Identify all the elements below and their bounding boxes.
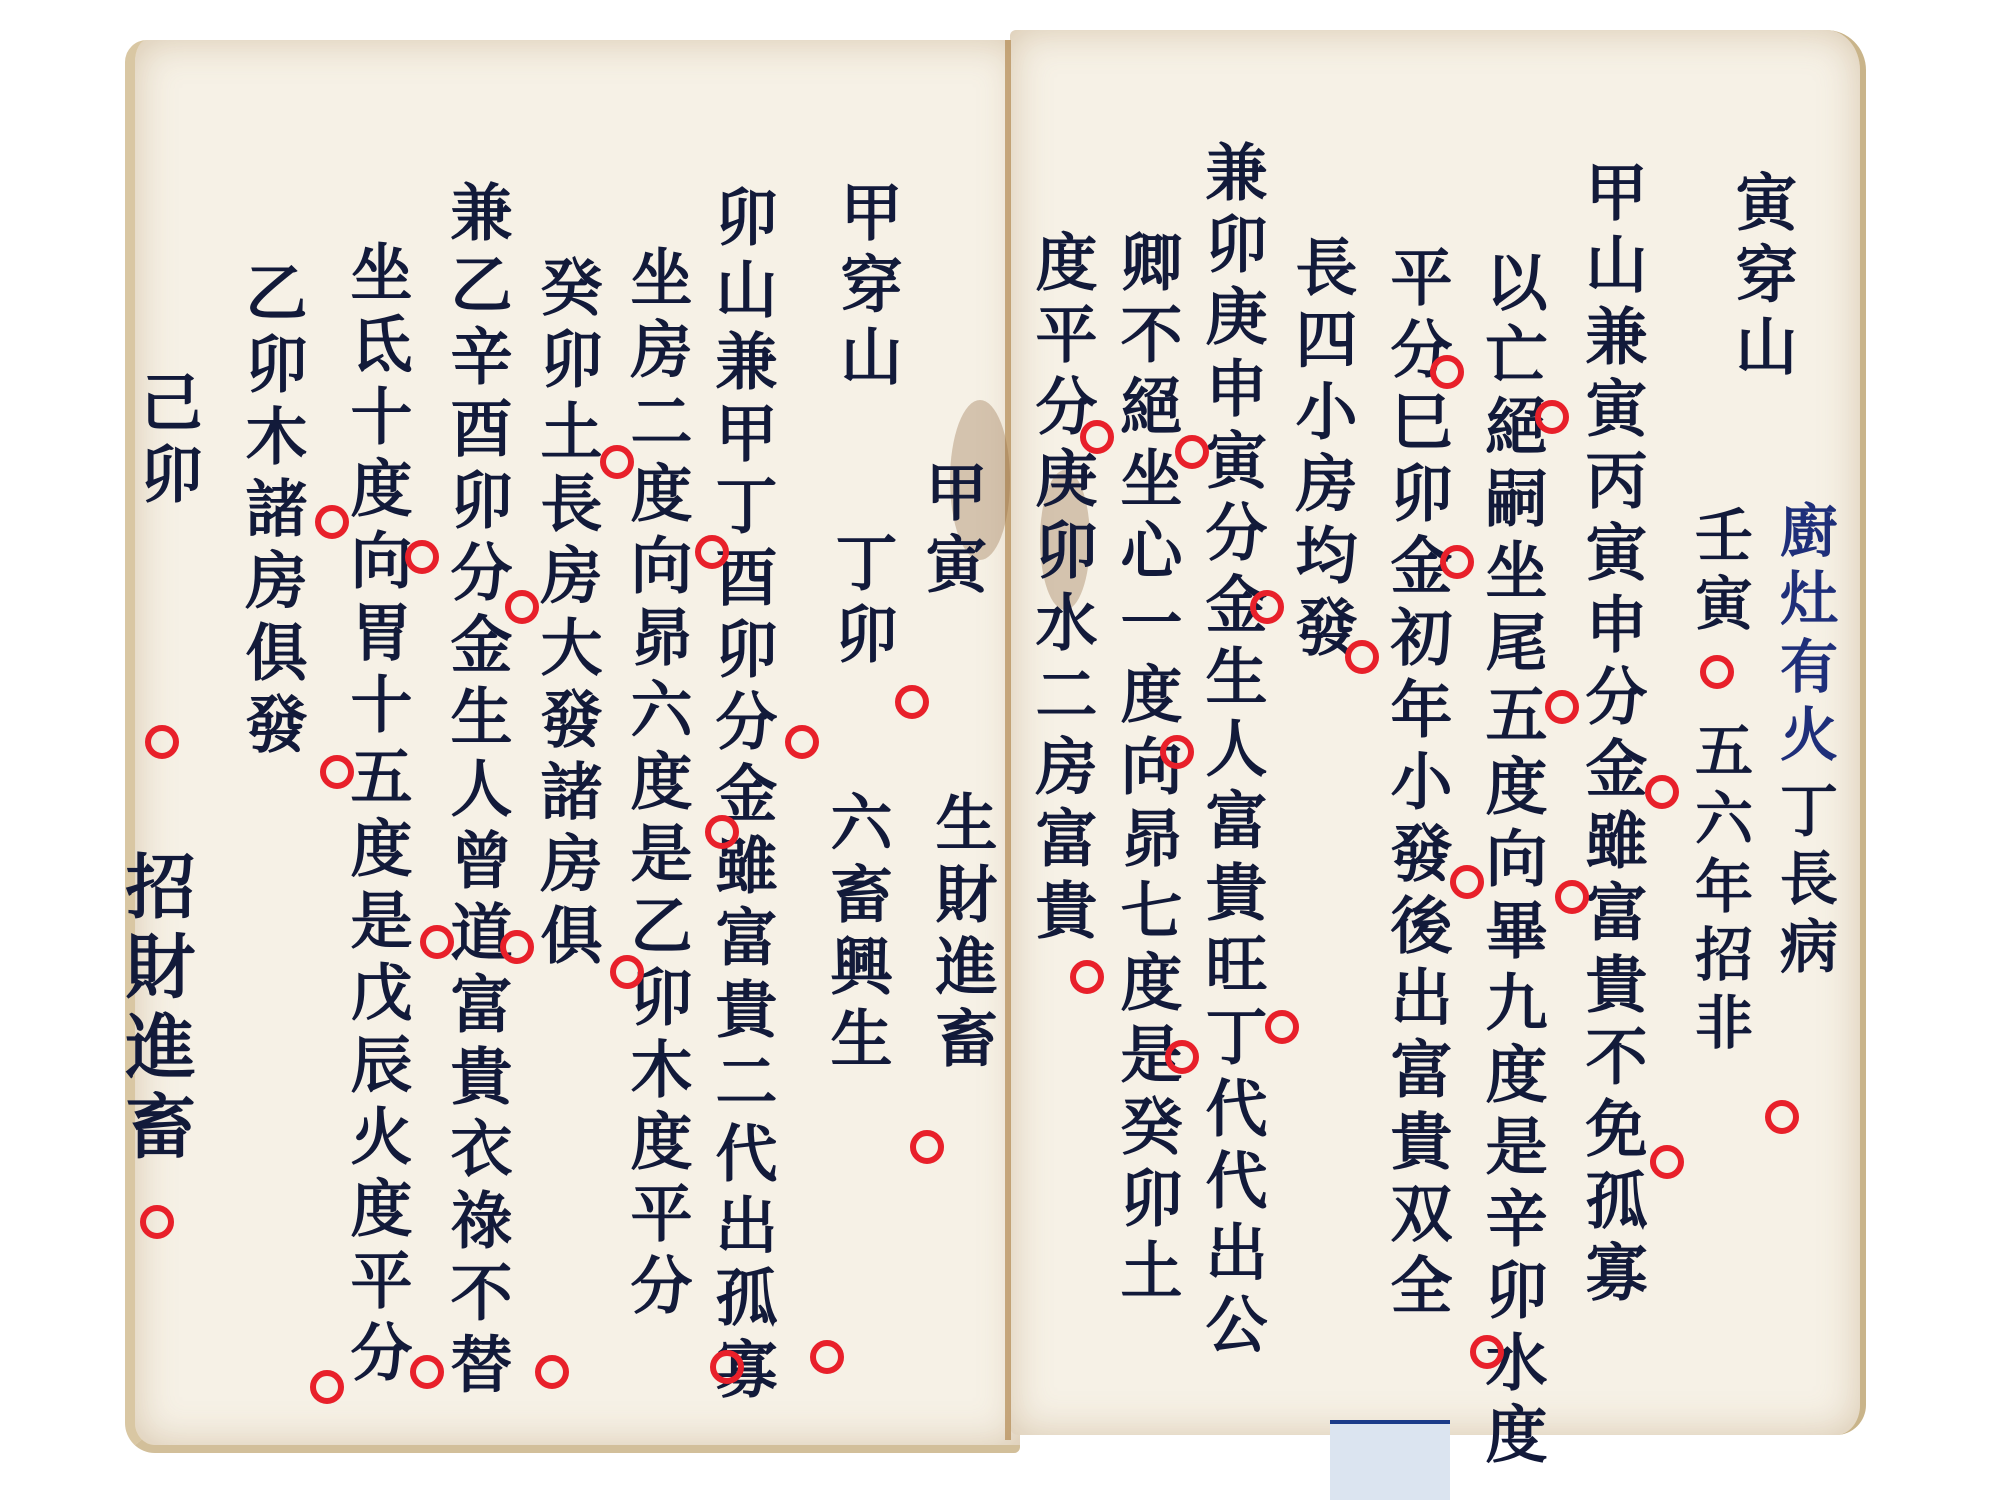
red-circle-mark	[1470, 1335, 1504, 1369]
red-circle-mark	[1700, 655, 1734, 689]
red-circle-mark	[1645, 775, 1679, 809]
red-circle-mark	[1160, 735, 1194, 769]
red-circle-mark	[1345, 640, 1379, 674]
red-circle-mark	[1165, 1040, 1199, 1074]
red-circle-mark	[1765, 1100, 1799, 1134]
red-circle-mark	[705, 815, 739, 849]
text-column: 甲山兼寅丙寅申分金雖富貴不免孤寡	[1580, 160, 1642, 1312]
red-circle-mark	[610, 955, 644, 989]
red-circle-mark	[1440, 545, 1474, 579]
red-circle-mark	[710, 1350, 744, 1384]
red-circle-mark	[1080, 420, 1114, 454]
red-circle-mark	[1250, 590, 1284, 624]
red-circle-mark	[810, 1340, 844, 1374]
red-circle-mark	[500, 930, 534, 964]
red-circle-mark	[1070, 960, 1104, 994]
text-column: 卿不絕坐心一度向昴七度是癸卯土	[1115, 230, 1177, 1310]
text-column: 癸卯土長房大發諸房俱	[535, 255, 597, 975]
annotation-kitchen-label: 廚灶有火	[1775, 500, 1833, 772]
text-column: 長四小房均發	[1290, 235, 1352, 667]
text-column: 坐氐十度向胃十五度是戊辰火度平分	[345, 240, 407, 1392]
red-circle-mark	[1175, 435, 1209, 469]
red-circle-mark	[910, 1130, 944, 1164]
red-circle-mark	[1650, 1145, 1684, 1179]
right-heading: 寅穿山	[1730, 170, 1792, 386]
text-column: 卯山兼甲丁酉卯分金雖富貴二代出孤寡	[710, 185, 772, 1409]
left-heading: 甲穿山	[835, 180, 897, 396]
annotation-jiayin-label: 甲寅	[920, 460, 982, 604]
red-circle-mark	[420, 925, 454, 959]
annotation-jimao-label: 己卯	[135, 370, 197, 514]
annotation-jiayin-note: 生財進畜	[930, 790, 992, 1078]
annotation-renyin-label: 壬寅	[1690, 505, 1748, 641]
annotation-dingmao-label: 丁卯	[830, 530, 892, 674]
annotation-jimao-note: 招財進畜	[120, 850, 190, 1170]
red-circle-mark	[1430, 355, 1464, 389]
red-circle-mark	[1555, 880, 1589, 914]
red-circle-mark	[785, 725, 819, 759]
text-column: 兼乙辛酉卯分金生人曾道富貴衣祿不替	[445, 180, 507, 1404]
text-column: 兼卯庚申寅分金生人富貴旺丁代代出公	[1200, 140, 1262, 1364]
text-column: 度平分庚卯水二房富貴	[1030, 230, 1092, 950]
red-circle-mark	[1535, 400, 1569, 434]
red-circle-mark	[600, 445, 634, 479]
red-circle-mark	[535, 1355, 569, 1389]
red-circle-mark	[1265, 1010, 1299, 1044]
red-circle-mark	[695, 535, 729, 569]
text-column: 以亡絕嗣坐尾五度向畢九度是辛卯水度	[1480, 250, 1542, 1474]
text-column: 平分巳卯金初年小發後出富貴双全	[1385, 245, 1447, 1325]
annotation-dingmao-note: 六畜興生	[825, 790, 887, 1078]
red-circle-mark	[145, 725, 179, 759]
annotation-renyin-note: 五六年招非	[1690, 720, 1748, 1060]
red-circle-mark	[405, 540, 439, 574]
red-circle-mark	[310, 1370, 344, 1404]
red-circle-mark	[895, 685, 929, 719]
red-circle-mark	[1545, 690, 1579, 724]
book-spread: 寅穿山 廚灶有火 丁長病 壬寅 五六年招非 甲山兼寅丙寅申分金雖富貴不免孤寡 以…	[0, 0, 2000, 1500]
red-circle-mark	[1450, 865, 1484, 899]
book-spine	[1005, 40, 1011, 1440]
text-column: 坐房二度向昴六度是乙卯木度平分	[625, 245, 687, 1325]
bookmark-tab	[1330, 1420, 1450, 1500]
text-column: 乙卯木諸房俱發	[240, 260, 302, 764]
annotation-kitchen-note: 丁長病	[1775, 780, 1833, 984]
red-circle-mark	[140, 1205, 174, 1239]
